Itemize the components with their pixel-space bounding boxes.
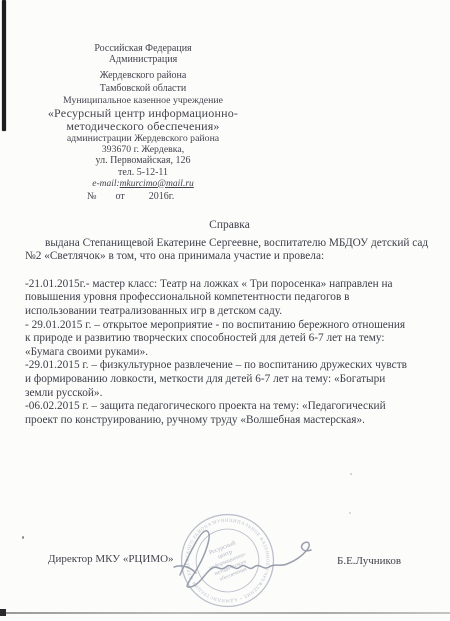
letterhead-org-name-line1: «Ресурсный центр информационно- xyxy=(25,107,261,120)
events-list: -21.01.2015г.- мастер класс: Театр на ло… xyxy=(25,278,434,428)
event-line: повышения уровня профессиональной компет… xyxy=(25,291,434,305)
signature-scrawl-icon xyxy=(160,515,330,595)
event-line: «Бумага своими руками». xyxy=(25,346,434,360)
ref-year: 2016г. xyxy=(149,191,174,202)
intro-line: выдана Степанищевой Екатерине Сергеевне,… xyxy=(25,237,434,251)
letterhead-region: Тамбовской области xyxy=(25,82,261,95)
event-line: -29.01.2015 г. – физкультурное развлечен… xyxy=(25,359,434,373)
ref-number-sign: № xyxy=(87,191,97,202)
letterhead-administration: Администрация xyxy=(25,54,261,66)
reference-number-line: № от 2016г. xyxy=(25,191,261,202)
scan-speck xyxy=(350,473,352,475)
intro-paragraph: выдана Степанищевой Екатерине Сергеевне,… xyxy=(25,237,434,264)
document-title: Справка xyxy=(25,219,434,233)
event-line: и формированию ловкости, меткости для де… xyxy=(25,373,434,387)
letterhead-district: Жердевского района xyxy=(25,69,261,82)
event-line: проект по конструированию, ручному труду… xyxy=(25,414,434,428)
scan-speck xyxy=(349,512,351,514)
event-item: -29.01.2015 г. – физкультурное развлечен… xyxy=(25,359,434,400)
letterhead-email-line: e-mail:mkurcimo@mail.ru xyxy=(25,179,261,190)
event-item: -21.01.2015г.- мастер класс: Театр на ло… xyxy=(25,278,434,319)
event-line: использовании театрализованных игр в дет… xyxy=(25,305,434,319)
email-address: mkurcimo@mail.ru xyxy=(120,179,194,189)
event-line: - 29.01.2015 г. – открытое мероприятие -… xyxy=(25,319,434,333)
letterhead-phone: тел. 5-12-11 xyxy=(25,167,261,179)
event-line: земли русской». xyxy=(25,387,434,401)
letterhead-country: Российская Федерация xyxy=(25,43,261,54)
scan-edge-artifact-left xyxy=(2,0,6,131)
letterhead: Российская Федерация Администрация Жерде… xyxy=(25,43,261,202)
letterhead-postal-city: 393670 г. Жердевка, xyxy=(25,144,261,155)
event-line: -06.02.2015 г. – защита педагогического … xyxy=(25,400,434,414)
certificate-body: Справка выдана Степанищевой Екатерине Се… xyxy=(25,219,434,427)
ref-from-label: от xyxy=(116,191,125,202)
email-label: e-mail: xyxy=(92,179,119,189)
scan-corner-artifact xyxy=(0,609,6,616)
letterhead-org-name-line2: методического обеспечения» xyxy=(25,120,261,133)
signer-position-label: Директор МКУ «РЦИМО» xyxy=(48,553,174,565)
event-line: к природе и развитию творческих способно… xyxy=(25,332,434,346)
intro-line: №2 «Светлячок» в том, что она принимала … xyxy=(25,250,434,264)
event-item: -06.02.2015 г. – защита педагогического … xyxy=(25,400,434,427)
signer-name: Б.Е.Лучников xyxy=(337,555,401,567)
letterhead-street-address: ул. Первомайская, 126 xyxy=(25,155,261,167)
letterhead-org-affiliation: администрации Жердевского района xyxy=(25,133,261,145)
scan-speck xyxy=(22,536,24,539)
event-line: -21.01.2015г.- мастер класс: Театр на ло… xyxy=(25,278,434,292)
event-item: - 29.01.2015 г. – открытое мероприятие -… xyxy=(25,319,434,360)
letterhead-institution-type: Муниципальное казенное учреждение xyxy=(25,95,261,107)
scanned-certificate-page: Российская Федерация Администрация Жерде… xyxy=(0,0,450,621)
